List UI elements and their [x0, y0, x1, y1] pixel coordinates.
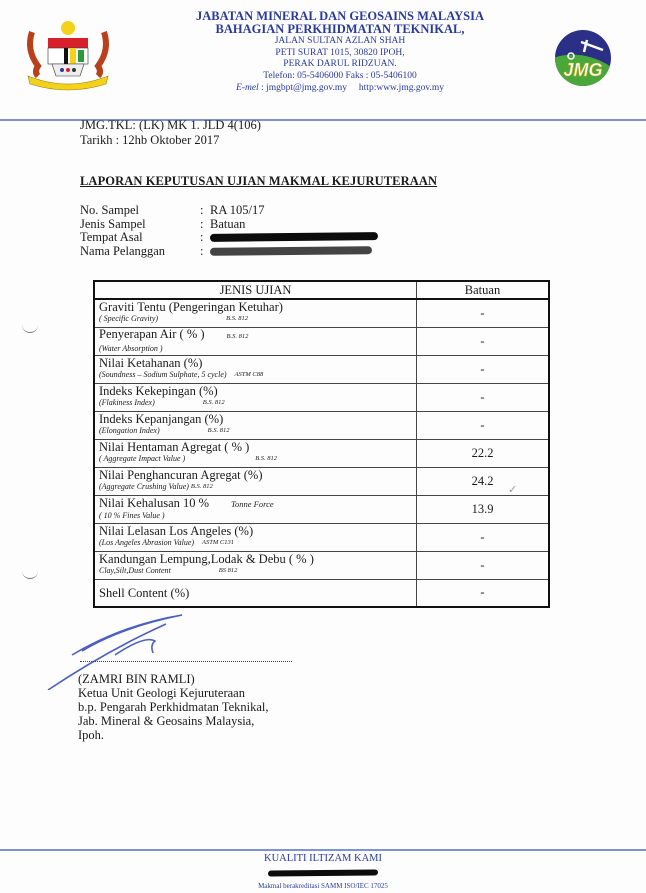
- test-name: Nilai Lelasan Los Angeles (%): [99, 525, 416, 537]
- test-name-english: (Elongation Index)B.S. 812: [99, 425, 416, 437]
- test-standard: B.S. 812: [208, 425, 230, 437]
- test-standard: ASTM C88: [235, 369, 264, 381]
- test-name-english: Clay,Silt,Dust ContentBS 812: [99, 565, 416, 577]
- test-name: Nilai Kehalusan 10 %: [99, 497, 209, 509]
- table-row: Indeks Kepanjangan (%)(Elongation Index)…: [94, 411, 549, 439]
- contact-line: E-mel : jmgbpt@jmg.gov.my http:www.jmg.g…: [150, 82, 530, 94]
- test-name-english-text: ( Aggregate Impact Value ): [99, 453, 185, 465]
- website: http:www.jmg.gov.my: [359, 83, 444, 93]
- test-name-cell: Graviti Tentu (Pengeringan Ketuhar)( Spe…: [94, 299, 417, 327]
- test-name-cell: Nilai Hentaman Agregat ( % )( Aggregate …: [94, 439, 417, 467]
- table-row: Indeks Kekepingan (%)(Flakiness Index)B.…: [94, 383, 549, 411]
- test-standard: B.S. 812: [191, 481, 213, 493]
- test-name-cell: Nilai Penghancuran Agregat (%)(Aggregate…: [94, 467, 417, 495]
- test-name-cell: Kandungan Lempung,Lodak & Debu ( % )Clay…: [94, 551, 417, 579]
- email-label: E-mel: [236, 83, 259, 93]
- field-label: Nama Pelanggan: [80, 245, 200, 259]
- test-name-english: (Aggregate Crushing Value)B.S. 812: [99, 481, 416, 493]
- signatory-name: (ZAMRI BIN RAMLI): [78, 672, 269, 686]
- check-mark-icon: ✓: [508, 483, 517, 496]
- test-name-english-text: (Elongation Index): [99, 425, 160, 437]
- result-value: -: [417, 551, 550, 579]
- table-row: Nilai Ketahanan (%)(Soundness – Sodium S…: [94, 355, 549, 383]
- test-name: Nilai Hentaman Agregat ( % ): [99, 441, 416, 453]
- sample-number-row: No. Sampel:RA 105/17: [80, 204, 378, 218]
- result-value: -: [417, 411, 550, 439]
- result-value: 22.2: [417, 439, 550, 467]
- address-line: PERAK DARUL RIDZUAN.: [150, 59, 530, 71]
- test-standard: ASTM C131: [202, 537, 234, 549]
- test-name-cell: Nilai Lelasan Los Angeles (%)(Los Angele…: [94, 523, 417, 551]
- test-name: Penyerapan Air ( % ): [99, 328, 205, 340]
- test-name: Nilai Penghancuran Agregat (%): [99, 469, 416, 481]
- document-date: Tarikh : 12hb Oktober 2017: [80, 133, 261, 148]
- sample-type: Batuan: [210, 218, 245, 232]
- result-value: -: [417, 523, 550, 551]
- test-name-english-text: (Water Absorption ): [99, 343, 163, 355]
- test-name-english: (Water Absorption ): [99, 343, 416, 355]
- signatory-title: Ketua Unit Geologi Kejuruteraan: [78, 686, 269, 700]
- signatory-block: (ZAMRI BIN RAMLI) Ketua Unit Geologi Kej…: [78, 672, 269, 742]
- result-value: 24.2: [417, 467, 550, 495]
- test-name-english: ( Specific Gravity)B.S. 812: [99, 313, 416, 325]
- result-value: -: [417, 383, 550, 411]
- test-name-english: (Flakiness Index)B.S. 812: [99, 397, 416, 409]
- punch-hole-mark: [22, 322, 38, 333]
- test-standard: BS 812: [219, 565, 238, 577]
- test-name-english-text: (Soundness – Sodium Sulphate, 5 cycle): [99, 369, 227, 381]
- test-name-english: ( 10 % Fines Value ): [99, 510, 416, 522]
- test-name-english-text: (Los Angeles Abrasion Value): [99, 537, 194, 549]
- test-name-cell: Indeks Kepanjangan (%)(Elongation Index)…: [94, 411, 417, 439]
- redacted-origin: [210, 232, 378, 242]
- sample-type-row: Jenis Sampel:Batuan: [80, 218, 378, 232]
- origin-row: Tempat Asal:: [80, 231, 378, 245]
- signature-line: [80, 661, 292, 662]
- test-name-english: ( Aggregate Impact Value )B.S. 812: [99, 453, 416, 465]
- reference-block: JMG.TKL: (LK) MK 1. JLD 4(106) Tarikh : …: [80, 118, 261, 148]
- reference-number: JMG.TKL: (LK) MK 1. JLD 4(106): [80, 118, 261, 133]
- test-name: Shell Content (%): [99, 587, 416, 599]
- email: : jmgbpt@jmg.gov.my: [259, 83, 347, 93]
- test-name: Nilai Ketahanan (%): [99, 357, 416, 369]
- table-header-row: JENIS UJIAN Batuan: [94, 281, 549, 299]
- test-name-english-text: ( 10 % Fines Value ): [99, 510, 165, 522]
- field-label: Jenis Sampel: [80, 218, 200, 232]
- letterhead: JABATAN MINERAL DAN GEOSAINS MALAYSIA BA…: [150, 10, 530, 94]
- address-line: PETI SURAT 1015, 30820 IPOH,: [150, 48, 530, 60]
- coat-of-arms-logo: [22, 14, 114, 94]
- report-title: LAPORAN KEPUTUSAN UJIAN MAKMAL KEJURUTER…: [80, 174, 437, 189]
- result-value: -: [417, 299, 550, 327]
- test-name-cell: Nilai Kehalusan 10 %Tonne Force( 10 % Fi…: [94, 495, 417, 523]
- test-name-english-text: (Flakiness Index): [99, 397, 155, 409]
- test-name-cell: Shell Content (%): [94, 579, 417, 607]
- field-label: Tempat Asal: [80, 231, 200, 245]
- test-name: Indeks Kekepingan (%): [99, 385, 416, 397]
- punch-hole-mark: [22, 568, 38, 579]
- jmg-logo-text: JMG: [563, 60, 602, 80]
- footer-divider: [0, 849, 646, 851]
- test-name-cell: Penyerapan Air ( % )B.S. 812(Water Absor…: [94, 327, 417, 355]
- result-value: -: [417, 327, 550, 355]
- result-value: -: [417, 355, 550, 383]
- test-name: Graviti Tentu (Pengeringan Ketuhar): [99, 301, 416, 313]
- test-standard: B.S. 812: [203, 397, 225, 409]
- test-name-cell: Nilai Ketahanan (%)(Soundness – Sodium S…: [94, 355, 417, 383]
- table-row: Kandungan Lempung,Lodak & Debu ( % )Clay…: [94, 551, 549, 579]
- table-row: Nilai Lelasan Los Angeles (%)(Los Angele…: [94, 523, 549, 551]
- test-name-english-text: ( Specific Gravity): [99, 313, 158, 325]
- accreditation-text: Makmal berakreditasi SAMM ISO/IEC 17025: [0, 882, 646, 890]
- table-row: Penyerapan Air ( % )B.S. 812(Water Absor…: [94, 327, 549, 355]
- test-name: Kandungan Lempung,Lodak & Debu ( % ): [99, 553, 416, 565]
- test-standard: B.S. 812: [227, 331, 249, 343]
- sample-details: No. Sampel:RA 105/17 Jenis Sampel:Batuan…: [80, 204, 378, 258]
- test-name-english-text: (Aggregate Crushing Value): [99, 481, 189, 493]
- redacted-footer-line: [0, 864, 646, 882]
- jmg-logo: JMG: [553, 28, 613, 88]
- test-standard: B.S. 812: [255, 453, 277, 465]
- division-name: BAHAGIAN PERKHIDMATAN TEKNIKAL,: [150, 23, 530, 36]
- column-header-rock: Batuan: [417, 281, 550, 299]
- footer: KUALITI ILTIZAM KAMI Makmal berakreditas…: [0, 853, 646, 890]
- table-row: Nilai Penghancuran Agregat (%)(Aggregate…: [94, 467, 549, 495]
- test-standard: Tonne Force: [231, 498, 274, 510]
- sample-number: RA 105/17: [210, 204, 265, 218]
- signatory-title: Ipoh.: [78, 728, 269, 742]
- column-header-test-type: JENIS UJIAN: [94, 281, 417, 299]
- footer-motto: KUALITI ILTIZAM KAMI: [0, 853, 646, 864]
- redacted-customer: [210, 246, 372, 256]
- table-row: Nilai Hentaman Agregat ( % )( Aggregate …: [94, 439, 549, 467]
- result-value: 13.9: [417, 495, 550, 523]
- field-label: No. Sampel: [80, 204, 200, 218]
- table-row: Shell Content (%)-: [94, 579, 549, 607]
- customer-row: Nama Pelanggan:: [80, 245, 378, 259]
- table-row: Graviti Tentu (Pengeringan Ketuhar)( Spe…: [94, 299, 549, 327]
- test-name-cell: Indeks Kekepingan (%)(Flakiness Index)B.…: [94, 383, 417, 411]
- signatory-title: Jab. Mineral & Geosains Malaysia,: [78, 714, 269, 728]
- test-name-english-text: Clay,Silt,Dust Content: [99, 565, 171, 577]
- test-standard: B.S. 812: [226, 313, 248, 325]
- test-results-table: JENIS UJIAN Batuan Graviti Tentu (Penger…: [93, 280, 550, 608]
- test-name-english: (Soundness – Sodium Sulphate, 5 cycle)AS…: [99, 369, 416, 381]
- table-row: Nilai Kehalusan 10 %Tonne Force( 10 % Fi…: [94, 495, 549, 523]
- test-name-english: (Los Angeles Abrasion Value)ASTM C131: [99, 537, 416, 549]
- phone-fax: Telefon: 05-5406000 Faks : 05-5406100: [150, 71, 530, 83]
- test-name: Indeks Kepanjangan (%): [99, 413, 416, 425]
- address-line: JALAN SULTAN AZLAN SHAH: [150, 36, 530, 48]
- result-value: -: [417, 579, 550, 607]
- signatory-title: b.p. Pengarah Perkhidmatan Teknikal,: [78, 700, 269, 714]
